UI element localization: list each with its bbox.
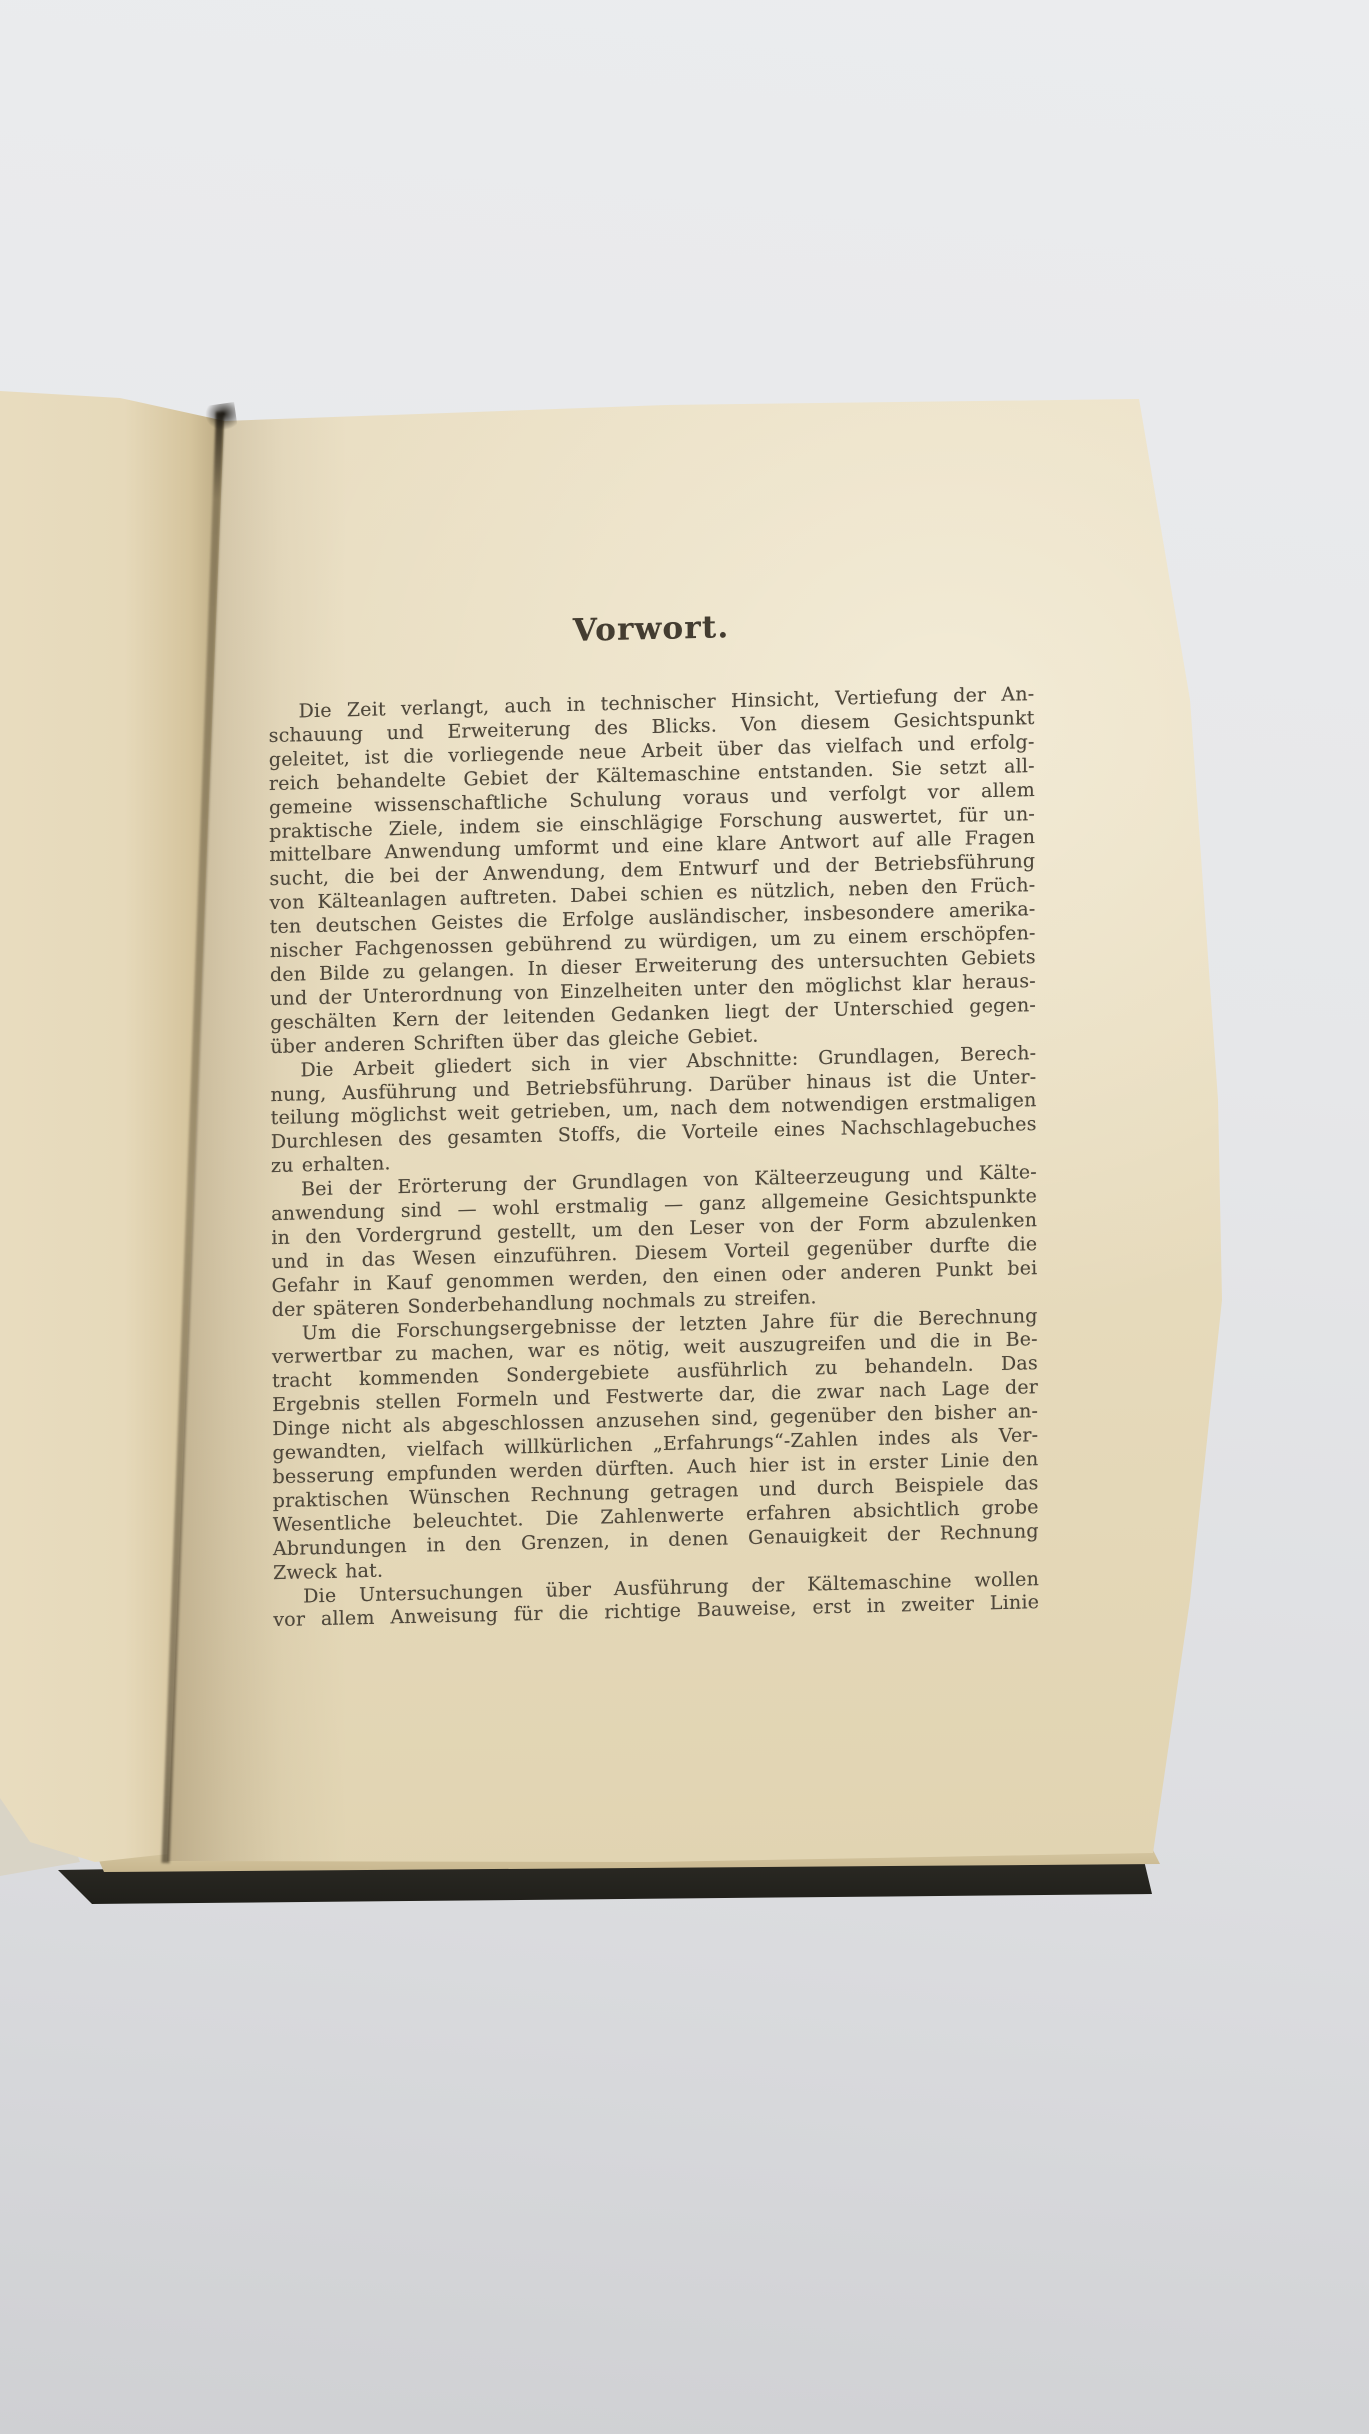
paragraph: Die Zeit verlangt, auch in technischer H… xyxy=(269,683,1037,1060)
book-photo: Vorwort. Die Zeit verlangt, auch in tech… xyxy=(0,0,1369,2434)
preface-paragraphs: Die Zeit verlangt, auch in technischer H… xyxy=(269,683,1040,1634)
page-text-block: Vorwort. Die Zeit verlangt, auch in tech… xyxy=(268,601,1039,1634)
paragraph: Die Arbeit gliedert sich in vier Abschni… xyxy=(270,1042,1036,1180)
paragraph: Um die Forschungsergebnisse der letzten … xyxy=(272,1305,1039,1586)
paragraph: Bei der Erörterung der Grundlagen von Kä… xyxy=(271,1161,1038,1323)
spine-head-mark xyxy=(204,402,237,432)
